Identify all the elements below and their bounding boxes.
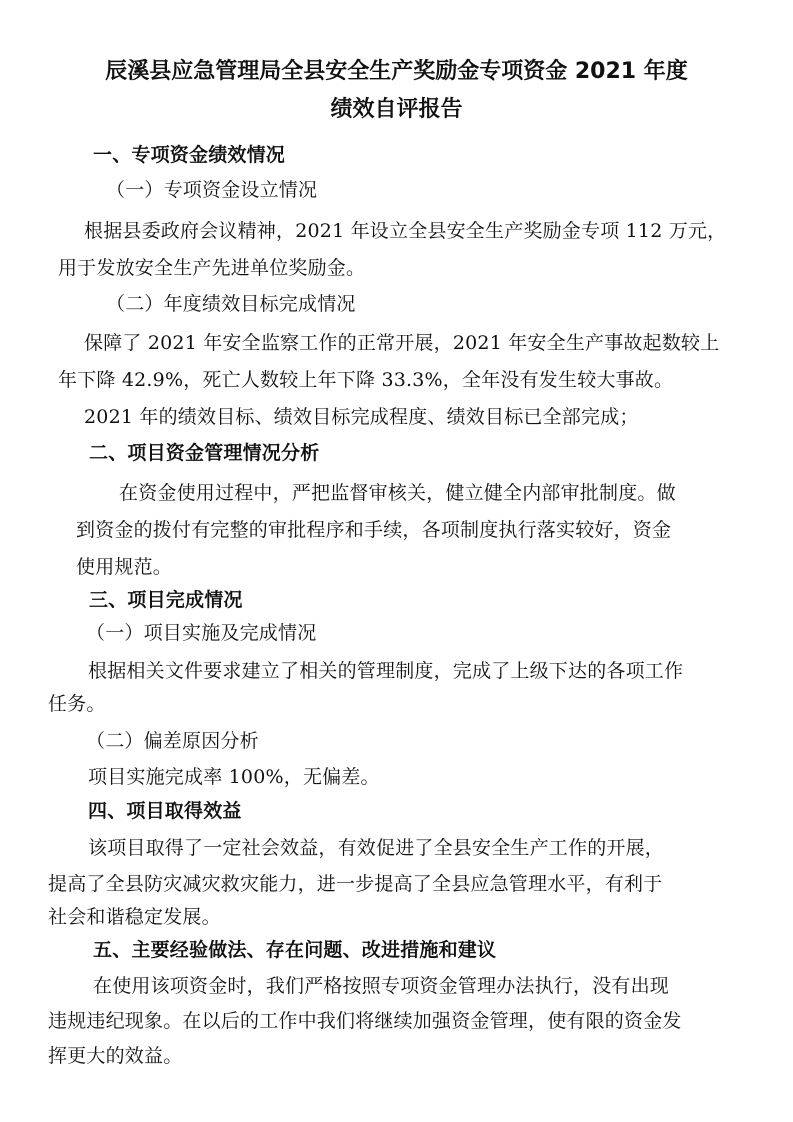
paragraph-line: 任务。 [48, 692, 106, 716]
document-title-line-1: 辰溪县应急管理局全县安全生产奖励金专项资金 2021 年度 [0, 58, 793, 86]
section-3-1-heading: （一）项目实施及完成情况 [86, 621, 316, 645]
section-1-2-heading: （二）年度绩效目标完成情况 [106, 292, 356, 316]
document-page: 辰溪县应急管理局全县安全生产奖励金专项资金 2021 年度 绩效自评报告 一、专… [0, 0, 793, 1122]
paragraph-line: 2021 年的绩效目标、绩效目标完成程度、绩效目标已全部完成； [84, 405, 639, 429]
paragraph-line: 根据县委政府会议精神，2021 年设立全县安全生产奖励金专项 112 万元， [84, 219, 726, 243]
section-2-heading: 二、项目资金管理情况分析 [89, 441, 319, 465]
paragraph-line: 提高了全县防灾减灾救灾能力，进一步提高了全县应急管理水平，有利于 [48, 872, 662, 896]
paragraph-line: 保障了 2021 年安全监察工作的正常开展，2021 年安全生产事故起数较上 [84, 331, 719, 355]
section-1-1-heading: （一）专项资金设立情况 [106, 178, 317, 202]
section-3-2-heading: （二）偏差原因分析 [86, 729, 259, 753]
paragraph-line: 使用规范。 [76, 555, 172, 579]
section-1-heading: 一、专项资金绩效情况 [93, 143, 285, 167]
document-title-line-2: 绩效自评报告 [0, 96, 793, 124]
paragraph-line: 到资金的拨付有完整的审批程序和手续，各项制度执行落实较好，资金 [76, 518, 671, 542]
paragraph-line: 年下降 42.9%，死亡人数较上年下降 33.3%，全年没有发生较大事故。 [58, 368, 673, 392]
paragraph-line: 项目实施完成率 100%，无偏差。 [88, 765, 380, 789]
section-3-heading: 三、项目完成情况 [89, 588, 243, 612]
paragraph-line: 用于发放安全生产先进单位奖励金。 [58, 256, 365, 280]
paragraph-line: 挥更大的效益。 [48, 1044, 182, 1068]
paragraph-line: 在资金使用过程中，严把监督审核关，健立健全内部审批制度。做 [119, 481, 676, 505]
section-5-heading: 五、主要经验做法、存在问题、改进措施和建议 [93, 938, 496, 962]
paragraph-line: 根据相关文件要求建立了相关的管理制度，完成了上级下达的各项工作 [88, 659, 683, 683]
paragraph-line: 在使用该项资金时，我们严格按照专项资金管理办法执行，没有出现 [93, 974, 669, 998]
paragraph-line: 违规违纪现象。在以后的工作中我们将继续加强资金管理，使有限的资金发 [48, 1009, 682, 1033]
section-4-heading: 四、项目取得效益 [88, 799, 242, 823]
paragraph-line: 该项目取得了一定社会效益，有效促进了全县安全生产工作的开展， [88, 836, 664, 860]
paragraph-line: 社会和谐稳定发展。 [48, 905, 221, 929]
